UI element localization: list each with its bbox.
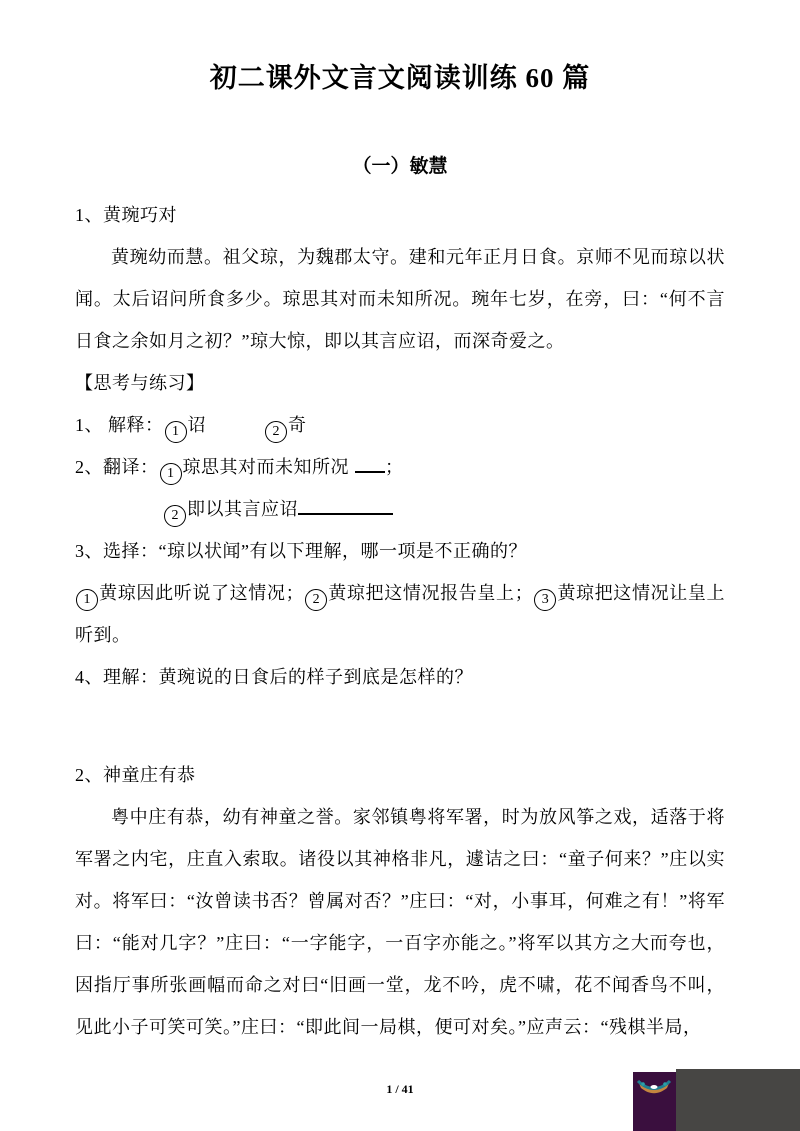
circled-number-icon: 3 (534, 589, 556, 611)
answer-blank (298, 501, 393, 515)
circled-number-icon: 2 (305, 589, 327, 611)
question-1-prefix: 1、 解释： (75, 415, 164, 435)
question-2-tail: ； (385, 457, 404, 477)
practice-heading: 【思考与练习】 (75, 362, 725, 404)
circled-number-icon: 1 (76, 589, 98, 611)
exercise1-passage: 黄琬幼而慧。祖父琼，为魏郡太守。建和元年正月日食。京师不见而琼以状闻。太后诏问所… (75, 236, 725, 362)
circled-number-icon: 1 (165, 421, 187, 443)
question-3: 3、选择：“琼以状闻”有以下理解，哪一项是不正确的？ (75, 530, 725, 572)
option-1-text: 黄琼因此听说了这情况； (99, 583, 304, 603)
exercise2-heading: 2、神童庄有恭 (75, 754, 725, 796)
question-1: 1、 解释：1诏2奇 (75, 404, 725, 446)
question-2-sentence-1: 琼思其对而未知所况 (183, 457, 350, 477)
section-heading: （一）敏慧 (75, 152, 725, 182)
corner-watermark-purple (633, 1072, 676, 1131)
content: 1、黄琬巧对 黄琬幼而慧。祖父琼，为魏郡太守。建和元年正月日食。京师不见而琼以状… (75, 194, 725, 1048)
corner-watermark-gray (676, 1069, 800, 1131)
question-1-word-1: 诏 (188, 415, 207, 435)
answer-blank (355, 459, 385, 473)
question-2-prefix: 2、翻译： (75, 457, 159, 477)
question-4: 4、理解：黄琬说的日食后的样子到底是怎样的？ (75, 656, 725, 698)
circled-number-icon: 1 (160, 463, 182, 485)
question-3-options: 1黄琼因此听说了这情况；2黄琼把这情况报告皇上；3黄琼把这情况让皇上听到。 (75, 572, 725, 656)
document-body: 初二课外文言文阅读训练 60 篇 （一）敏慧 1、黄琬巧对 黄琬幼而慧。祖父琼，… (0, 0, 800, 1048)
boat-logo-icon (636, 1078, 672, 1096)
document-page: 初二课外文言文阅读训练 60 篇 （一）敏慧 1、黄琬巧对 黄琬幼而慧。祖父琼，… (0, 0, 800, 1131)
question-2-part-2: 2即以其言应诏 (75, 488, 725, 530)
question-1-word-2: 奇 (288, 415, 307, 435)
document-title: 初二课外文言文阅读训练 60 篇 (75, 58, 725, 98)
circled-number-icon: 2 (265, 421, 287, 443)
circled-number-icon: 2 (164, 505, 186, 527)
question-2-sentence-2: 即以其言应诏 (187, 499, 298, 519)
exercise2-passage: 粤中庄有恭，幼有神童之誉。家邻镇粤将军署，时为放风筝之戏，适落于将军署之内宅，庄… (75, 796, 725, 1048)
question-2-part-1: 2、翻译：1琼思其对而未知所况； (75, 446, 725, 488)
exercise1-heading: 1、黄琬巧对 (75, 194, 725, 236)
option-2-text: 黄琼把这情况报告皇上； (328, 583, 533, 603)
